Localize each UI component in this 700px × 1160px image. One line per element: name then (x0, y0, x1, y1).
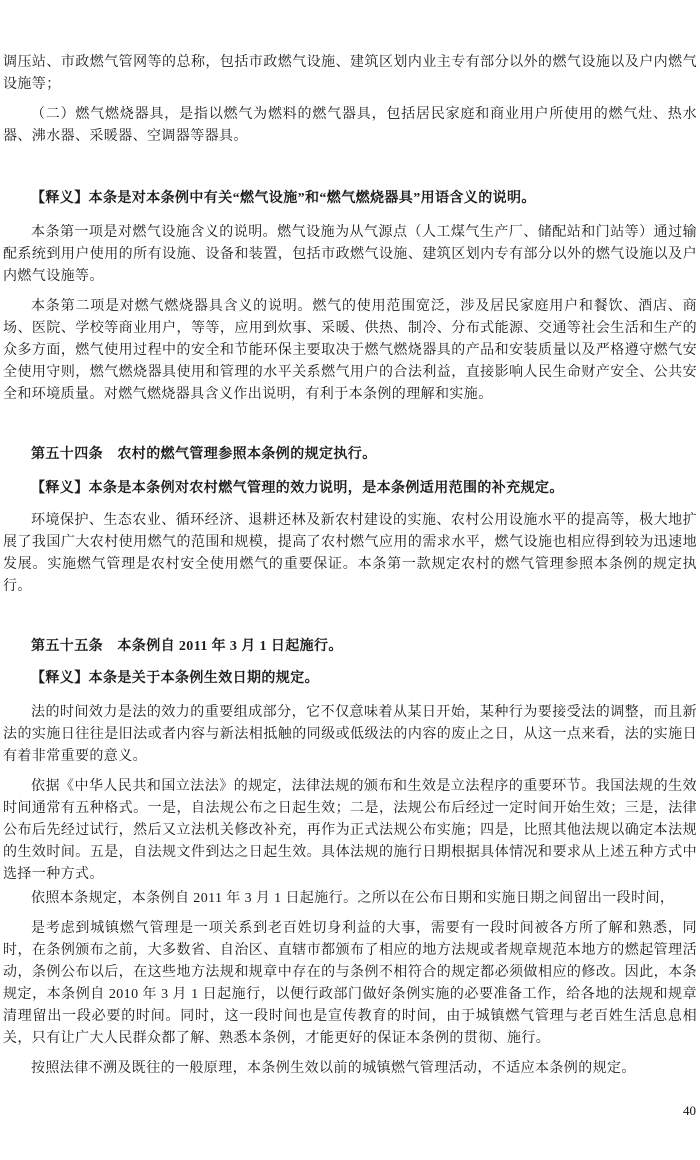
paragraph-reason-for-interval: 是考虑到城镇燃气管理是一项关系到老百姓切身利益的大事，需要有一段时间被各方所了解… (3, 918, 697, 1050)
paragraph-continuation: 调压站、市政燃气管网等的总称，包括市政燃气设施、建筑区划内业主专有部分以外的燃气… (3, 52, 697, 96)
paragraph-gas-facilities-explanation: 本条第一项是对燃气设施含义的说明。燃气设施为从气源点（人工煤气生产厂、储配站和门… (3, 222, 697, 288)
interpretation-heading-effective-date: 【释义】本条是关于本条例生效日期的规定。 (3, 668, 697, 690)
paragraph-effective-date-statement: 依照本条规定，本条例自 2011 年 3 月 1 日起施行。之所以在公布日期和实… (3, 888, 697, 910)
document-page: 调压站、市政燃气管网等的总称，包括市政燃气设施、建筑区划内业主专有部分以外的燃气… (0, 0, 700, 1160)
paragraph-non-retroactivity: 按照法律不溯及既往的一般原理，本条例生效以前的城镇燃气管理活动，不适应本条例的规… (3, 1058, 697, 1080)
paragraph-time-effect-of-law: 法的时间效力是法的效力的重要组成部分，它不仅意味着从某日开始，某种行为要接受法的… (3, 702, 697, 768)
paragraph-item-2-definition: （二）燃气燃烧器具，是指以燃气为燃料的燃气器具，包括居民家庭和商业用户所使用的燃… (3, 104, 697, 148)
paragraph-gas-burning-appliances-explanation: 本条第二项是对燃气燃烧器具含义的说明。燃气的使用范围宽泛，涉及居民家庭用户和餐饮… (3, 296, 697, 406)
article-heading-55: 第五十五条 本条例自 2011 年 3 月 1 日起施行。 (3, 636, 697, 658)
paragraph-legislation-law-five-formats: 依据《中华人民共和国立法法》的规定，法律法规的颁布和生效是立法程序的重要环节。我… (3, 776, 697, 886)
article-heading-54: 第五十四条 农村的燃气管理参照本条例的规定执行。 (3, 444, 697, 466)
interpretation-heading-terms: 【释义】本条是对本条例中有关“燃气设施”和“燃气燃烧器具”用语含义的说明。 (3, 188, 697, 210)
page-number: 40 (683, 1103, 696, 1118)
interpretation-heading-rural: 【释义】本条是本条例对农村燃气管理的效力说明，是本条例适用范围的补充规定。 (3, 478, 697, 500)
paragraph-rural-gas-explanation: 环境保护、生态农业、循环经济、退耕还林及新农村建设的实施、农村公用设施水平的提高… (3, 510, 697, 598)
